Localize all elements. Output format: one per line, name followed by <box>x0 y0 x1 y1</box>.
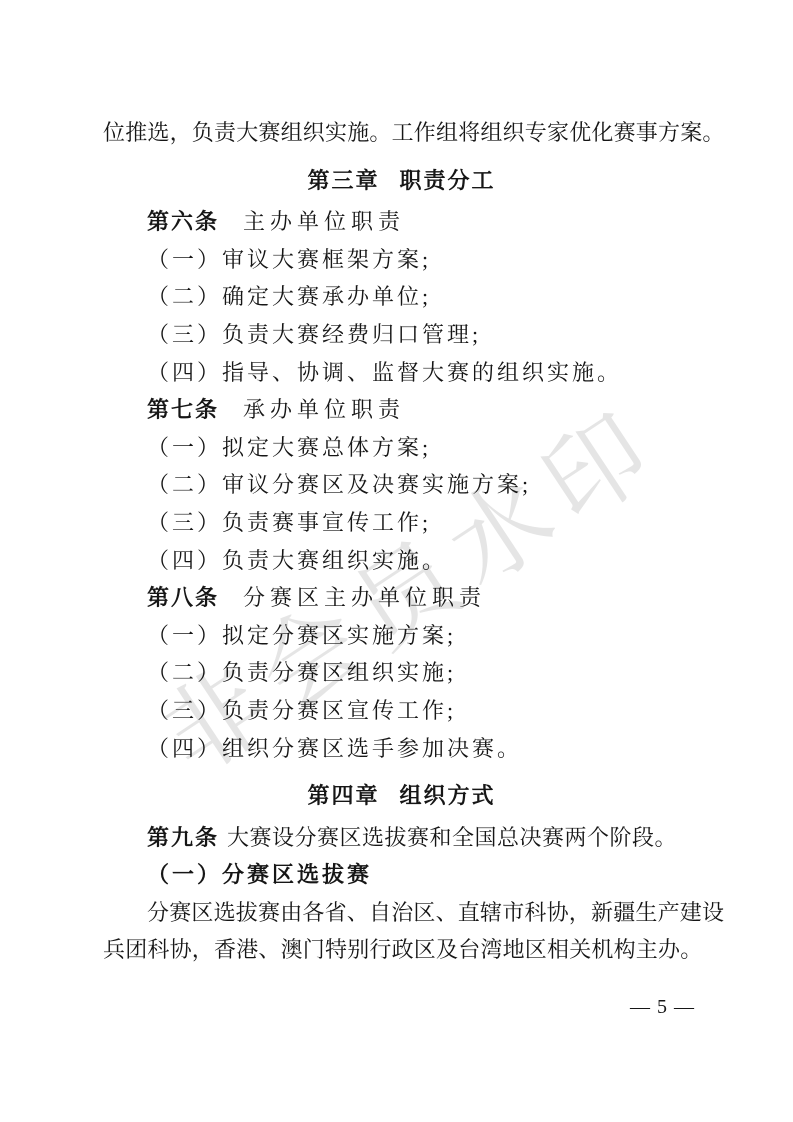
article-8-heading: 第八条分赛区主办单位职责 <box>103 579 700 617</box>
article-6-heading: 第六条主办单位职责 <box>103 203 700 241</box>
article-8-item-3: （三）负责分赛区宣传工作; <box>103 692 700 730</box>
chapter-3-number: 第三章 <box>307 168 379 193</box>
article-7-item-2: （二）审议分赛区及决赛实施方案; <box>103 466 700 504</box>
article-7-item-1: （一）拟定大赛总体方案; <box>103 429 700 467</box>
article-7-item-3: （三）负责赛事宣传工作; <box>103 504 700 542</box>
article-8-item-2: （二）负责分赛区组织实施; <box>103 654 700 692</box>
article-8-item-4: （四）组织分赛区选手参加决赛。 <box>103 730 700 768</box>
section-1-paragraph-line-1: 分赛区选拔赛由各省、自治区、直辖市科协，新疆生产建设 <box>103 894 700 932</box>
chapter-4-title: 组织方式 <box>400 783 496 808</box>
section-1-heading: （一）分赛区选拔赛 <box>103 856 700 894</box>
article-7-title: 承办单位职责 <box>243 397 405 422</box>
article-8-number: 第八条 <box>147 585 219 610</box>
article-9-paragraph: 第九条大赛设分赛区选拔赛和全国总决赛两个阶段。 <box>103 819 700 857</box>
article-6-title: 主办单位职责 <box>243 209 405 234</box>
article-8-title: 分赛区主办单位职责 <box>243 585 486 610</box>
article-7-item-4: （四）负责大赛组织实施。 <box>103 542 700 580</box>
chapter-4-heading: 第四章组织方式 <box>103 777 700 815</box>
article-7-heading: 第七条承办单位职责 <box>103 391 700 429</box>
section-1-paragraph-line-2: 兵团科协，香港、澳门特别行政区及台湾地区相关机构主办。 <box>103 931 700 969</box>
article-6-item-1: （一）审议大赛框架方案; <box>103 241 700 279</box>
chapter-3-title: 职责分工 <box>400 168 496 193</box>
article-9-number: 第九条 <box>147 825 219 850</box>
article-7-number: 第七条 <box>147 397 219 422</box>
paragraph-continuation: 位推选，负责大赛组织实施。工作组将组织专家优化赛事方案。 <box>103 114 700 152</box>
document-content: 位推选，负责大赛组织实施。工作组将组织专家优化赛事方案。 第三章职责分工 第六条… <box>103 114 700 969</box>
chapter-4-number: 第四章 <box>307 783 379 808</box>
document-page: 非会员水印 位推选，负责大赛组织实施。工作组将组织专家优化赛事方案。 第三章职责… <box>0 0 793 1122</box>
article-9-body: 大赛设分赛区选拔赛和全国总决赛两个阶段。 <box>227 825 677 850</box>
article-6-item-2: （二）确定大赛承办单位; <box>103 278 700 316</box>
page-number: — 5 — <box>630 996 695 1019</box>
article-6-item-4: （四）指导、协调、监督大赛的组织实施。 <box>103 354 700 392</box>
chapter-3-heading: 第三章职责分工 <box>103 162 700 200</box>
article-8-item-1: （一）拟定分赛区实施方案; <box>103 617 700 655</box>
article-6-number: 第六条 <box>147 209 219 234</box>
article-6-item-3: （三）负责大赛经费归口管理; <box>103 316 700 354</box>
